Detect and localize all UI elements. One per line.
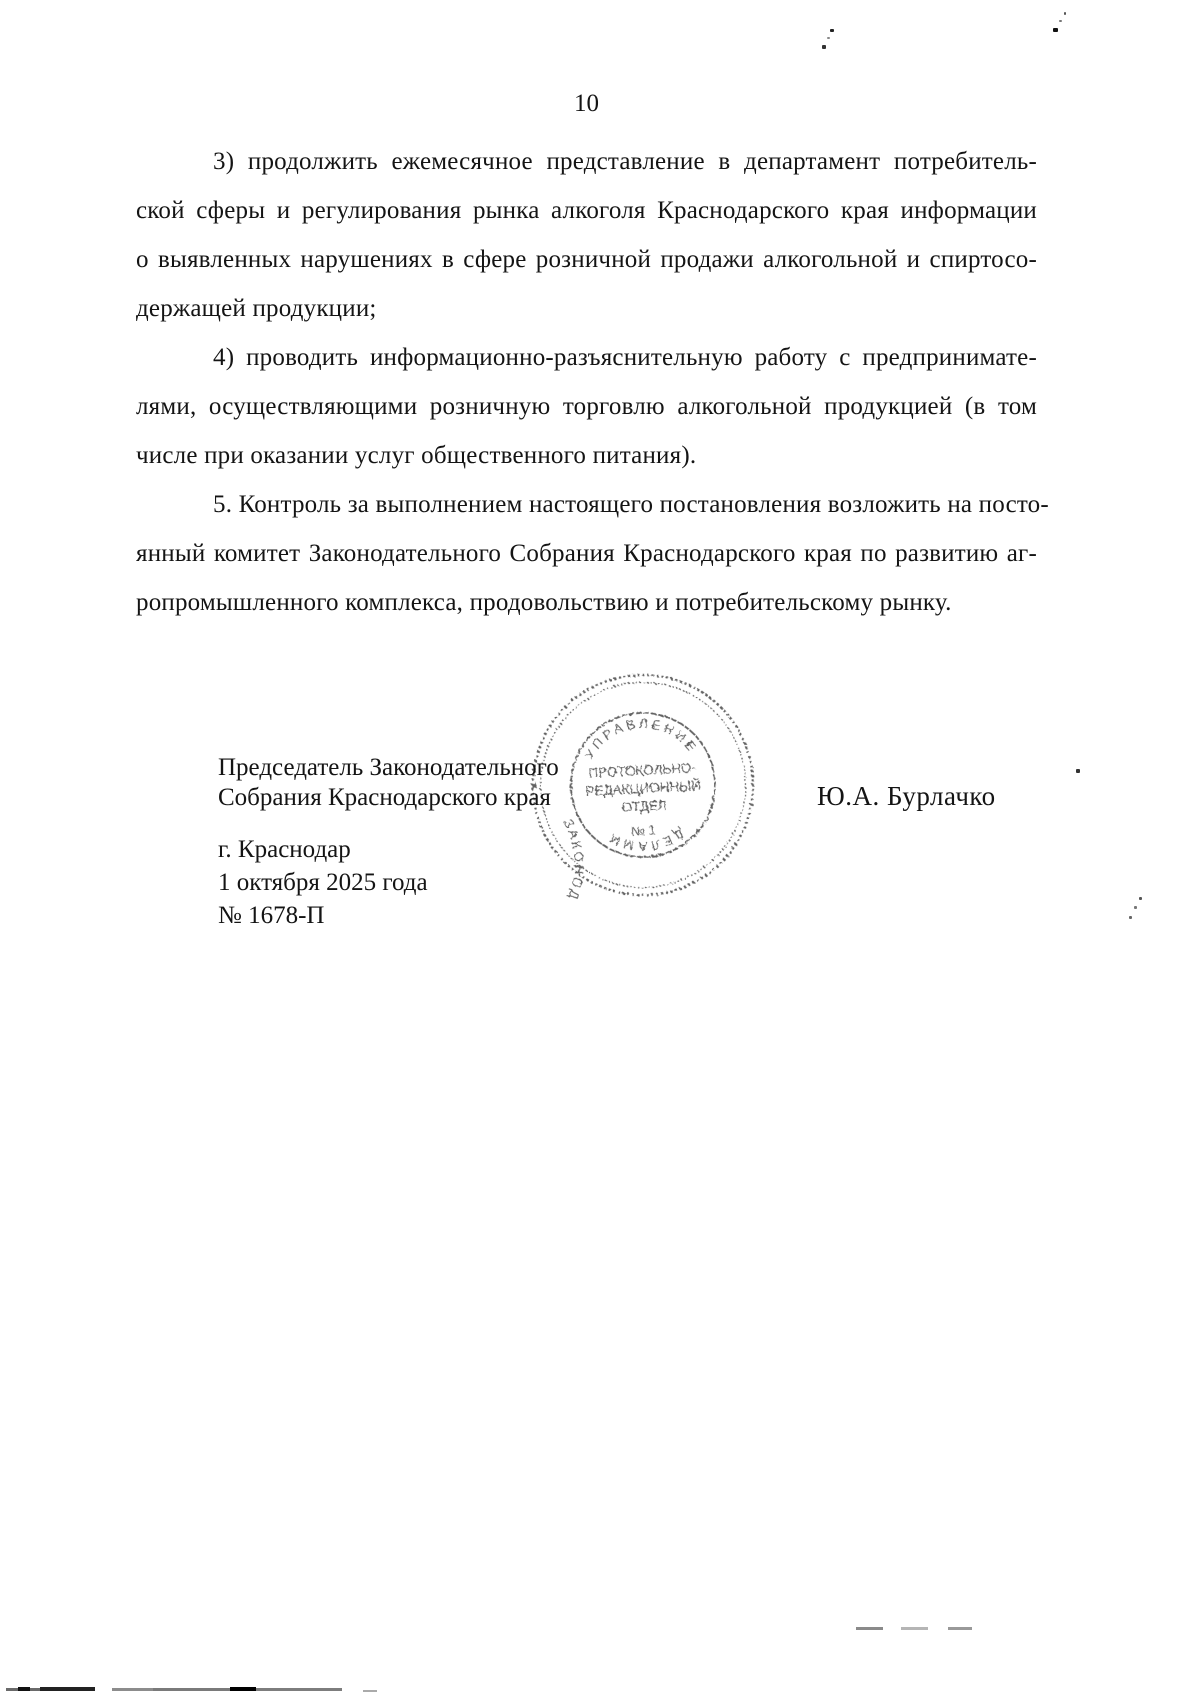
stamp-center-line: № 1 bbox=[631, 822, 657, 838]
scan-speck bbox=[1139, 897, 1142, 900]
page-number: 10 bbox=[136, 90, 1037, 118]
official-stamp: ЗАКОНОДАТЕЛЬНОГО СОБРАНИЯ КРАСНОДАРСКОГО… bbox=[528, 670, 758, 900]
signature-title: Председатель Законодательного Собрания К… bbox=[218, 753, 559, 813]
signature-place-date: г. Краснодар 1 октября 2025 года № 1678-… bbox=[218, 833, 428, 932]
body-line: ской сферы и регулирования рынка алкогол… bbox=[136, 186, 1037, 235]
scan-speck bbox=[1129, 916, 1132, 919]
body-line: янный комитет Законодательного Собрания … bbox=[136, 529, 1037, 578]
scan-edge-line bbox=[18, 1687, 30, 1691]
body-line: числе при оказании услуг общественного п… bbox=[136, 431, 1037, 480]
body-line: 3) продолжить ежемесячное представление … bbox=[136, 137, 1037, 186]
body-line: о выявленных нарушениях в сфере рознично… bbox=[136, 235, 1037, 284]
scan-speck bbox=[827, 37, 830, 39]
document-body: 3) продолжить ежемесячное представление … bbox=[136, 137, 1037, 627]
scan-edge-line bbox=[112, 1688, 157, 1691]
scan-edge-line bbox=[40, 1687, 95, 1691]
scan-dash bbox=[901, 1627, 928, 1630]
scan-edge-line bbox=[230, 1687, 256, 1691]
scan-speck bbox=[1064, 12, 1066, 15]
scan-dash bbox=[948, 1627, 972, 1630]
stamp-graphic: ЗАКОНОДАТЕЛЬНОГО СОБРАНИЯ КРАСНОДАРСКОГО… bbox=[528, 670, 758, 900]
scan-edge-line bbox=[153, 1688, 230, 1691]
stamp-center-line: РЕДАКЦИОННЫЙ bbox=[585, 778, 701, 799]
body-line: ропромышленного комплекса, продовольстви… bbox=[136, 578, 1037, 627]
scan-speck bbox=[1134, 906, 1137, 909]
signature-date: 1 октября 2025 года bbox=[218, 866, 428, 899]
stamp-inner-ring-top-text: УПРАВЛЕНИЕ bbox=[579, 713, 701, 763]
scan-edge-line bbox=[363, 1690, 377, 1692]
signature-city: г. Краснодар bbox=[218, 833, 428, 866]
scan-speck bbox=[830, 29, 834, 32]
signature-title-line: Председатель Законодательного bbox=[218, 753, 559, 783]
scan-speck bbox=[1059, 20, 1062, 22]
scan-speck bbox=[822, 45, 826, 49]
document-number: № 1678-П bbox=[218, 899, 428, 932]
scan-speck bbox=[1076, 769, 1080, 773]
stamp-center-line: ОТДЕЛ bbox=[621, 798, 667, 815]
scan-speck bbox=[1053, 28, 1058, 32]
body-line: 5. Контроль за выполнением настоящего по… bbox=[136, 480, 1037, 529]
body-line: 4) проводить информационно-разъяснительн… bbox=[136, 333, 1037, 382]
signature-name: Ю.А. Бурлачко bbox=[817, 781, 996, 812]
signature-title-line: Собрания Краснодарского края bbox=[218, 783, 559, 813]
document-page: 10 3) продолжить ежемесячное представлен… bbox=[0, 0, 1200, 1693]
body-line: лями, осуществляющими розничную торговлю… bbox=[136, 382, 1037, 431]
scan-edge-line bbox=[256, 1688, 342, 1691]
stamp-center-line: ПРОТОКОЛЬНО- bbox=[588, 760, 696, 781]
scan-dash bbox=[856, 1627, 883, 1630]
body-line: держащей продукции; bbox=[136, 284, 1037, 333]
